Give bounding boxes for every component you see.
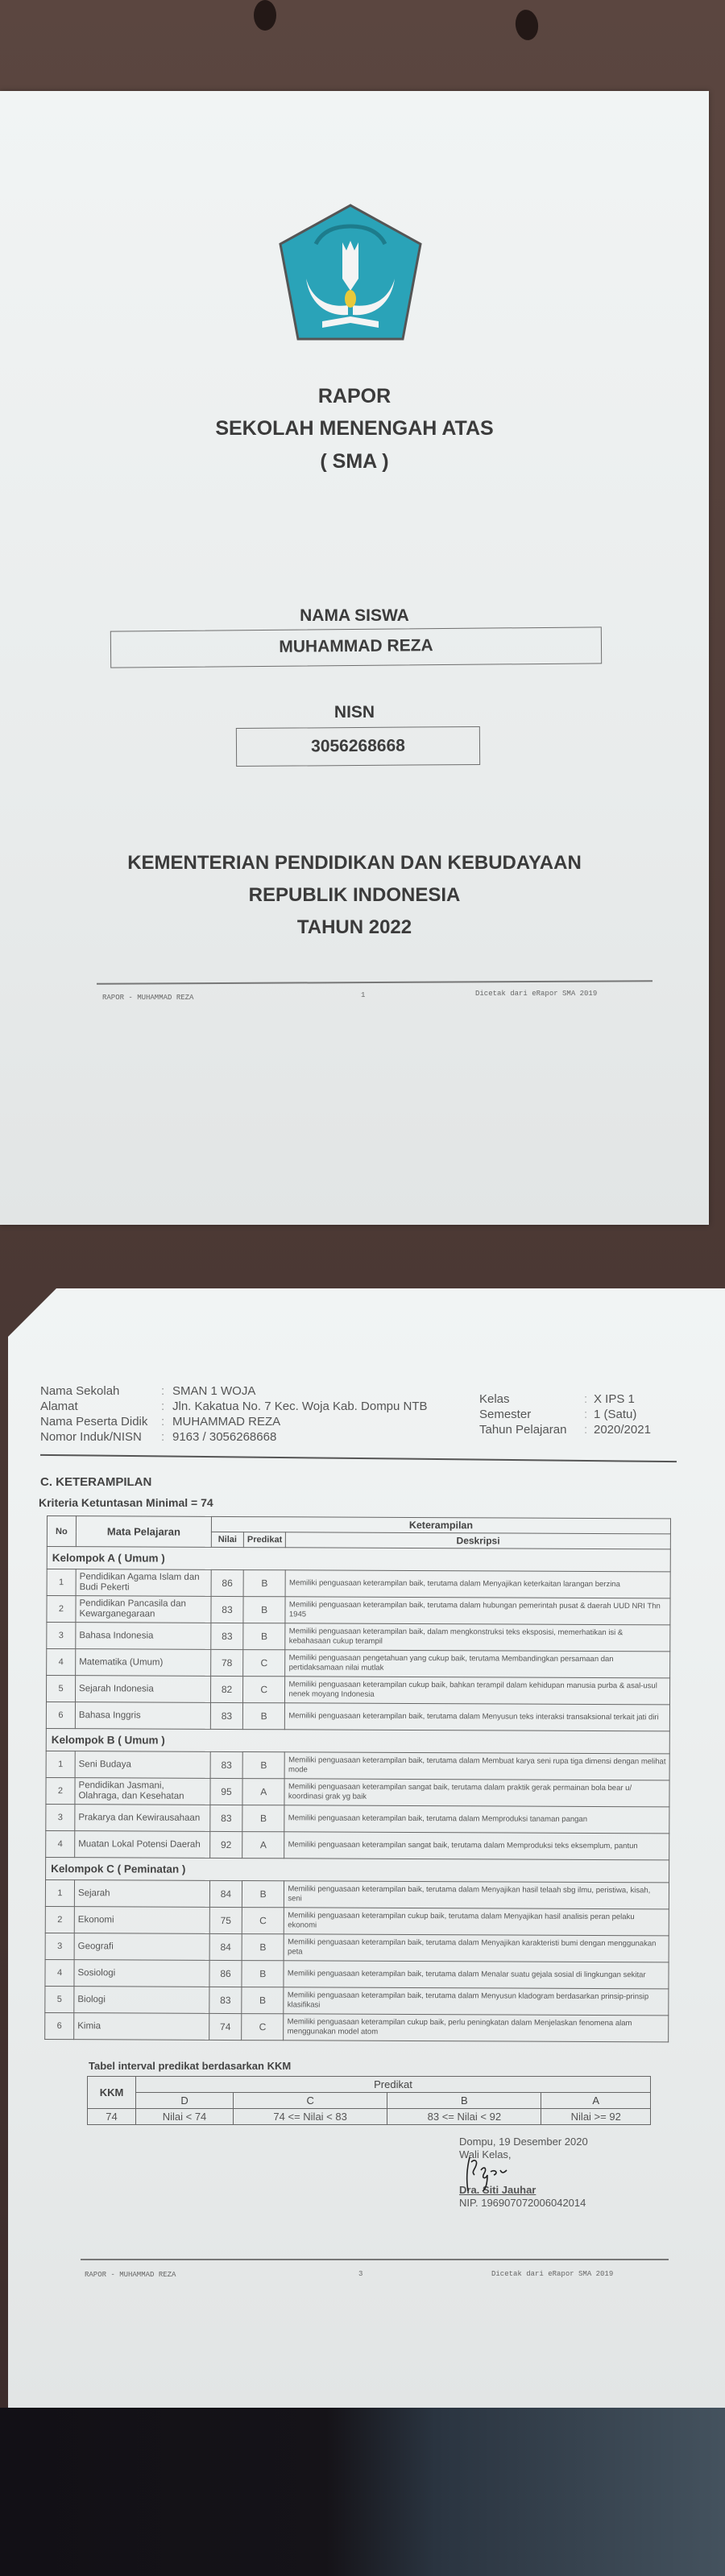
footer-divider bbox=[97, 980, 652, 984]
range-d: Nilai < 74 bbox=[136, 2109, 234, 2125]
subject-name: Pendidikan Jasmani, Olahraga, dan Keseha… bbox=[75, 1778, 210, 1805]
subject-name: Sejarah Indonesia bbox=[75, 1676, 210, 1703]
background-hole bbox=[513, 8, 540, 42]
group-title: Kelompok A ( Umum ) bbox=[47, 1547, 670, 1572]
score: 78 bbox=[211, 1649, 243, 1676]
subject-name: Pendidikan Pancasila dan Kewarganegaraan bbox=[76, 1596, 211, 1623]
description: Memiliki penguasaan keterampilan cukup b… bbox=[284, 2014, 669, 2042]
col-predicate: Predikat bbox=[243, 1532, 286, 1548]
subject-name: Kimia bbox=[74, 2013, 209, 2041]
score: 83 bbox=[211, 1596, 243, 1623]
kkm-header: KKM bbox=[88, 2077, 136, 2109]
score: 82 bbox=[210, 1676, 242, 1702]
table-row: 6Bahasa Inggris83BMemiliki penguasaan ke… bbox=[46, 1702, 669, 1731]
grade-c-header: C bbox=[234, 2093, 387, 2109]
footer-right: Dicetak dari eRapor SMA 2019 bbox=[491, 2270, 613, 2278]
nisn-box: 3056268668 bbox=[236, 726, 480, 767]
description: Memiliki penguasaan keterampilan cukup b… bbox=[284, 1908, 669, 1936]
skills-grade-table: No Mata Pelajaran Keterampilan Nilai Pre… bbox=[44, 1515, 671, 2042]
kkm-table-caption: Tabel interval predikat berdasarkan KKM bbox=[89, 2060, 291, 2072]
kkm-interval-table: KKM Predikat D C B A 74 Nilai < 74 74 <=… bbox=[87, 2076, 651, 2125]
col-no: No bbox=[47, 1516, 76, 1547]
score: 84 bbox=[209, 1880, 242, 1907]
table-row: 3Geografi84BMemiliki penguasaan keteramp… bbox=[45, 1933, 669, 1962]
info-row-semester: Semester:1 (Satu) bbox=[479, 1407, 651, 1422]
subject-name: Geografi bbox=[74, 1933, 209, 1961]
predicate: B bbox=[242, 1703, 285, 1730]
footer-left: RAPOR - MUHAMMAD REZA bbox=[85, 2271, 176, 2279]
table-row: 2Ekonomi75CMemiliki penguasaan keterampi… bbox=[45, 1906, 669, 1935]
ministry-name: KEMENTERIAN PENDIDIKAN DAN KEBUDAYAAN bbox=[0, 852, 709, 875]
table-row: 3Prakarya dan Kewirausahaan83BMemiliki p… bbox=[46, 1804, 669, 1833]
table-row: 4Matematika (Umum)78CMemiliki penguasaan… bbox=[47, 1649, 670, 1678]
score: 86 bbox=[211, 1569, 243, 1596]
school-address: Jln. Kakatua No. 7 Kec. Woja Kab. Dompu … bbox=[172, 1399, 428, 1414]
col-skill: Keterampilan bbox=[211, 1516, 670, 1533]
col-description: Deskripsi bbox=[286, 1532, 671, 1549]
score: 83 bbox=[210, 1805, 242, 1831]
score: 84 bbox=[209, 1933, 242, 1960]
row-number: 4 bbox=[46, 1830, 75, 1857]
row-number: 4 bbox=[47, 1649, 76, 1676]
subject-name: Bahasa Indonesia bbox=[76, 1623, 211, 1650]
description: Memiliki penguasaan keterampilan baik, t… bbox=[284, 1961, 669, 1989]
predicate: B bbox=[243, 1597, 286, 1623]
predikat-header: Predikat bbox=[136, 2077, 651, 2093]
footer-page-number: 3 bbox=[358, 2270, 362, 2278]
range-b: 83 <= Nilai < 92 bbox=[387, 2109, 541, 2125]
description: Memiliki penguasaan keterampilan baik, t… bbox=[284, 1752, 669, 1780]
subject-name: Seni Budaya bbox=[75, 1751, 210, 1779]
row-number: 5 bbox=[45, 1986, 74, 2012]
score: 83 bbox=[210, 1751, 242, 1778]
group-header-row: Kelompok C ( Peminatan ) bbox=[46, 1857, 669, 1882]
subject-name: Muatan Lokal Potensi Daerah bbox=[75, 1831, 210, 1859]
section-title: C. KETERAMPILAN bbox=[40, 1475, 151, 1489]
table-row: 3Bahasa Indonesia83BMemiliki penguasaan … bbox=[47, 1623, 670, 1652]
col-subject: Mata Pelajaran bbox=[76, 1516, 211, 1548]
subject-name: Ekonomi bbox=[74, 1907, 209, 1934]
predicate: B bbox=[242, 1961, 284, 1987]
grade-d-header: D bbox=[136, 2093, 234, 2109]
group-header-row: Kelompok B ( Umum ) bbox=[46, 1728, 669, 1753]
report-subtitle: SEKOLAH MENENGAH ATAS bbox=[0, 417, 709, 440]
nisn-label: NISN bbox=[0, 703, 709, 722]
grade-a-header: A bbox=[541, 2093, 651, 2109]
group-title: Kelompok B ( Umum ) bbox=[46, 1728, 669, 1753]
row-number: 2 bbox=[46, 1777, 75, 1804]
signer-nip: NIP. 196907072006042014 bbox=[459, 2197, 588, 2210]
footer-divider bbox=[81, 2259, 669, 2260]
student-name-label: NAMA SISWA bbox=[0, 606, 709, 626]
info-row-class: Kelas:X IPS 1 bbox=[479, 1391, 651, 1407]
score: 86 bbox=[209, 1960, 242, 1987]
predicate: B bbox=[243, 1623, 286, 1650]
subject-name: Sosiologi bbox=[74, 1960, 209, 1987]
student-name-box: MUHAMMAD REZA bbox=[110, 626, 602, 668]
description: Memiliki penguasaan keterampilan baik, t… bbox=[284, 1881, 669, 1909]
score: 83 bbox=[211, 1623, 243, 1649]
row-number: 3 bbox=[46, 1804, 75, 1830]
description: Memiliki penguasaan keterampilan baik, t… bbox=[285, 1703, 670, 1731]
description: Memiliki penguasaan keterampilan cukup b… bbox=[285, 1677, 670, 1705]
row-number: 5 bbox=[46, 1676, 75, 1702]
description: Memiliki penguasaan keterampilan baik, t… bbox=[284, 1934, 669, 1962]
table-row: 2Pendidikan Jasmani, Olahraga, dan Keseh… bbox=[46, 1777, 669, 1806]
row-number: 6 bbox=[46, 1702, 75, 1729]
country-name: REPUBLIK INDONESIA bbox=[0, 884, 709, 907]
description: Memiliki penguasaan keterampilan baik, t… bbox=[284, 1987, 669, 2016]
tut-wuri-handayani-logo-icon bbox=[274, 202, 427, 347]
footer-left: RAPOR - MUHAMMAD REZA bbox=[102, 994, 193, 1002]
description: Memiliki penguasaan keterampilan sangat … bbox=[284, 1832, 669, 1860]
predicate: B bbox=[242, 1934, 284, 1961]
description: Memiliki penguasaan keterampilan baik, t… bbox=[284, 1805, 669, 1834]
description: Memiliki penguasaan keterampilan baik, t… bbox=[285, 1570, 670, 1598]
score: 92 bbox=[210, 1831, 242, 1858]
description: Memiliki penguasaan keterampilan baik, d… bbox=[285, 1623, 670, 1652]
info-row-student: Nama Peserta Didik:MUHAMMAD REZA bbox=[40, 1414, 428, 1429]
table-row: 1Pendidikan Agama Islam dan Budi Pekerti… bbox=[47, 1569, 670, 1598]
cover-page: RAPOR SEKOLAH MENENGAH ATAS ( SMA ) NAMA… bbox=[0, 91, 709, 1225]
row-number: 2 bbox=[45, 1906, 74, 1933]
description: Memiliki penguasaan keterampilan sangat … bbox=[284, 1779, 669, 1807]
score: 83 bbox=[210, 1702, 242, 1729]
table-row: 2Pendidikan Pancasila dan Kewarganegaraa… bbox=[47, 1596, 670, 1625]
table-row: 4Muatan Lokal Potensi Daerah92AMemiliki … bbox=[46, 1830, 669, 1859]
predicate: B bbox=[242, 1987, 284, 2014]
student-info-left: Nama Sekolah:SMAN 1 WOJA Alamat:Jln. Kak… bbox=[40, 1383, 428, 1445]
predicate: A bbox=[242, 1779, 285, 1805]
info-row-address: Alamat:Jln. Kakatua No. 7 Kec. Woja Kab.… bbox=[40, 1399, 428, 1414]
student-info-right: Kelas:X IPS 1 Semester:1 (Satu) Tahun Pe… bbox=[479, 1391, 651, 1437]
predicate: C bbox=[242, 1677, 285, 1703]
report-year: TAHUN 2022 bbox=[0, 916, 709, 939]
description: Memiliki penguasaan pengetahuan yang cuk… bbox=[285, 1650, 670, 1678]
col-score: Nilai bbox=[211, 1532, 243, 1547]
range-c: 74 <= Nilai < 83 bbox=[234, 2109, 387, 2125]
kkm-line: Kriteria Ketuntasan Minimal = 74 bbox=[39, 1496, 213, 1509]
predicate: B bbox=[242, 1752, 285, 1779]
footer-page-number: 1 bbox=[361, 991, 365, 999]
row-number: 1 bbox=[46, 1751, 75, 1777]
row-number: 3 bbox=[47, 1623, 76, 1649]
grade-table-body: Kelompok A ( Umum )1Pendidikan Agama Isl… bbox=[45, 1547, 671, 2042]
table-row: 5Sejarah Indonesia82CMemiliki penguasaan… bbox=[46, 1676, 669, 1705]
header-divider bbox=[40, 1454, 677, 1462]
table-row: 1Seni Budaya83BMemiliki penguasaan keter… bbox=[46, 1751, 669, 1780]
table-row: 5Biologi83BMemiliki penguasaan keterampi… bbox=[45, 1986, 669, 2015]
subject-name: Matematika (Umum) bbox=[76, 1649, 211, 1677]
student-name: MUHAMMAD REZA bbox=[172, 1414, 280, 1429]
grade-b-header: B bbox=[387, 2093, 541, 2109]
score: 74 bbox=[209, 2013, 242, 2040]
row-number: 3 bbox=[45, 1933, 74, 1959]
subject-name: Pendidikan Agama Islam dan Budi Pekerti bbox=[76, 1569, 211, 1597]
table-row: 6Kimia74CMemiliki penguasaan keterampila… bbox=[45, 2012, 669, 2041]
subject-name: Biologi bbox=[74, 1987, 209, 2014]
info-row-year: Tahun Pelajaran:2020/2021 bbox=[479, 1422, 651, 1437]
subject-name: Sejarah bbox=[74, 1880, 209, 1908]
table-row: 1Sejarah84BMemiliki penguasaan keterampi… bbox=[45, 1879, 669, 1908]
student-nisn: 9163 / 3056268668 bbox=[172, 1429, 276, 1445]
info-row-school: Nama Sekolah:SMAN 1 WOJA bbox=[40, 1383, 428, 1399]
row-number: 6 bbox=[45, 2012, 74, 2039]
row-number: 4 bbox=[45, 1959, 74, 1986]
score: 83 bbox=[209, 1987, 242, 2013]
predicate: C bbox=[242, 1908, 284, 1934]
kkm-value: 74 bbox=[88, 2109, 136, 2125]
footer-right: Dicetak dari eRapor SMA 2019 bbox=[475, 990, 597, 998]
range-a: Nilai >= 92 bbox=[541, 2109, 651, 2125]
handwritten-signature-icon bbox=[463, 2154, 528, 2193]
subject-name: Bahasa Inggris bbox=[75, 1702, 210, 1730]
info-row-nisn: Nomor Induk/NISN:9163 / 3056268668 bbox=[40, 1429, 428, 1445]
background-hole bbox=[254, 0, 276, 31]
report-title: RAPOR bbox=[0, 385, 709, 408]
row-number: 1 bbox=[45, 1879, 74, 1906]
predicate: C bbox=[243, 1650, 286, 1677]
row-number: 2 bbox=[47, 1596, 76, 1623]
background-fabric bbox=[0, 2408, 725, 2576]
place-date: Dompu, 19 Desember 2020 bbox=[459, 2136, 588, 2148]
report-subtitle-abbr: ( SMA ) bbox=[0, 450, 709, 473]
predicate: B bbox=[242, 1805, 285, 1832]
skills-report-page: Nama Sekolah:SMAN 1 WOJA Alamat:Jln. Kak… bbox=[8, 1288, 725, 2408]
row-number: 1 bbox=[47, 1569, 76, 1596]
school-name: SMAN 1 WOJA bbox=[172, 1383, 255, 1399]
group-title: Kelompok C ( Peminatan ) bbox=[46, 1857, 669, 1882]
score: 95 bbox=[210, 1778, 242, 1805]
score: 75 bbox=[209, 1907, 242, 1933]
group-header-row: Kelompok A ( Umum ) bbox=[47, 1547, 670, 1572]
predicate: B bbox=[243, 1570, 286, 1597]
predicate: A bbox=[242, 1832, 285, 1859]
predicate: C bbox=[242, 2014, 284, 2041]
subject-name: Prakarya dan Kewirausahaan bbox=[75, 1805, 210, 1832]
predicate: B bbox=[242, 1881, 284, 1908]
description: Memiliki penguasaan keterampilan baik, t… bbox=[285, 1597, 670, 1625]
table-row: 4Sosiologi86BMemiliki penguasaan keteram… bbox=[45, 1959, 669, 1988]
